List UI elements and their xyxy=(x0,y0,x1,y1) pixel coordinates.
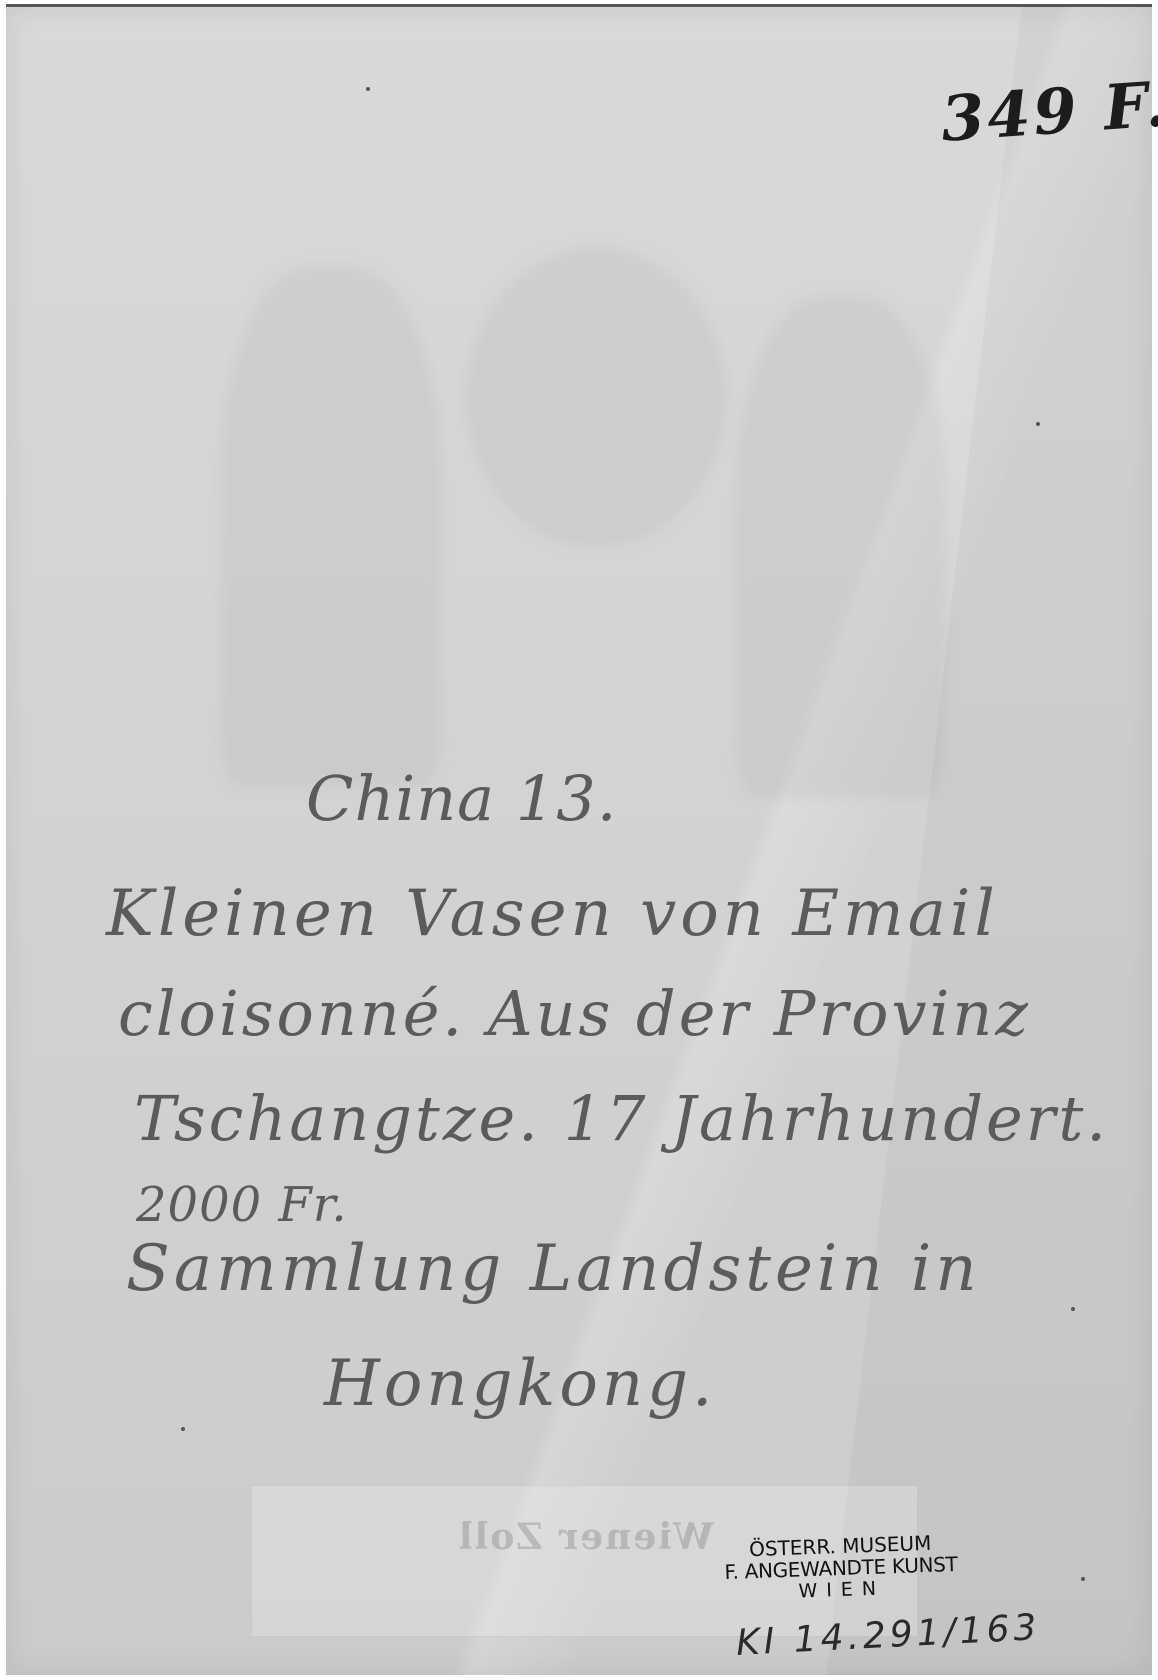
document-heading: China 13. xyxy=(306,762,617,835)
text-line-1: Kleinen Vasen von Email xyxy=(106,877,999,951)
archive-card: 349 F. China 13. Kleinen Vasen von Email… xyxy=(6,4,1152,1675)
ghost-vase-left xyxy=(221,267,441,787)
catalog-number: 349 F. xyxy=(939,67,1158,156)
museum-stamp: ÖSTERR. MUSEUM F. ANGEWANDTE KUNST WIEN xyxy=(705,1530,977,1605)
ghost-vase-center xyxy=(466,247,726,547)
paper-speck xyxy=(1081,1577,1085,1581)
paper-speck xyxy=(181,1427,185,1431)
text-line-price: 2000 Fr. xyxy=(136,1177,348,1233)
text-line-2: cloisonné. Aus der Provinz xyxy=(118,977,1031,1050)
paper-fold-shadow xyxy=(826,7,1152,1675)
text-line-3: Tschangtze. 17 Jahrhundert. xyxy=(134,1082,1109,1155)
paper-speck xyxy=(366,87,370,91)
ghost-vase-right xyxy=(736,297,946,797)
text-line-6: Hongkong. xyxy=(324,1347,716,1421)
paper-speck xyxy=(1036,422,1040,426)
text-line-5: Sammlung Landstein in xyxy=(126,1232,981,1306)
faded-label-text: Wiener Zoll xyxy=(457,1516,714,1558)
paper-speck xyxy=(1071,1307,1075,1311)
